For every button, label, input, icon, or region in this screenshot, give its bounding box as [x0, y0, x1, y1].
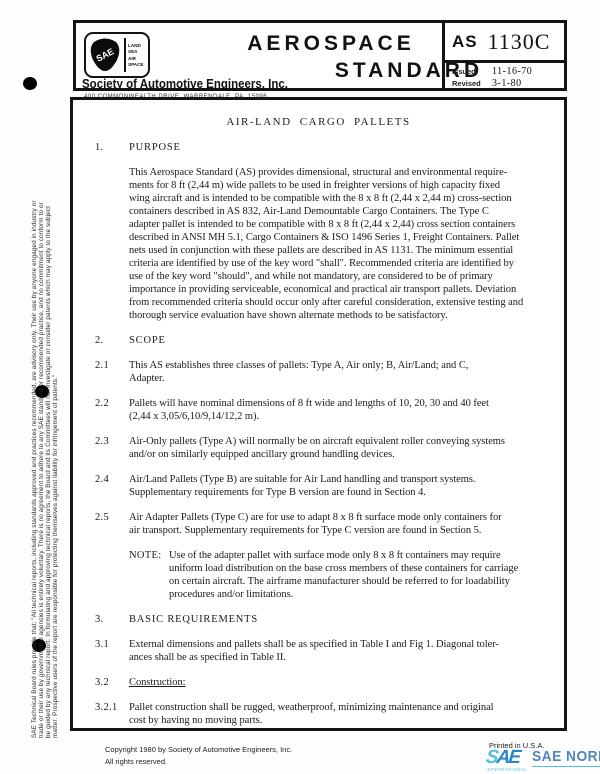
- logo-word-sea: SEA: [128, 49, 144, 54]
- document-type-line1: AEROSPACE: [226, 32, 436, 56]
- clause: 2.3 Air-Only pallets (Type A) will norma…: [95, 435, 554, 461]
- clause-text: Air Adapter Pallets (Type C) are for use…: [129, 511, 502, 537]
- clause-text: Air-Only pallets (Type A) will normally …: [129, 435, 505, 461]
- sae-norm-label: SAE NORM: [532, 749, 600, 764]
- clause-number: [95, 549, 129, 601]
- clause-number: 3.1: [95, 638, 129, 664]
- clause-text: Pallets will have nominal dimensions of …: [129, 397, 489, 423]
- doc-type-label: AS: [452, 32, 478, 52]
- margin-disclaimer-line: be guided by any technical report. In fo…: [45, 206, 52, 738]
- logo-word-space: SPACE: [128, 62, 144, 67]
- rights-line: All rights reserved.: [105, 756, 292, 768]
- clause-number: 3.2.1: [95, 701, 129, 727]
- sae-norm-rule: [532, 766, 600, 767]
- logo-word-land: LAND: [128, 43, 144, 48]
- logo-divider: [124, 38, 126, 72]
- issued-row: Issued 11-16-70: [452, 66, 557, 77]
- document-title: AIR-LAND CARGO PALLETS: [73, 116, 564, 128]
- title-block: SAE LAND SEA AIR SPACE AEROSPACE STANDAR…: [73, 20, 567, 91]
- clause-number: 3.2: [95, 676, 129, 689]
- clause-number: 2.4: [95, 473, 129, 499]
- section-number: 1.: [95, 141, 129, 154]
- section-heading: 1. PURPOSE: [95, 141, 554, 154]
- publisher-name: Society of Automotive Engineers, Inc.: [82, 77, 288, 91]
- clause-number: 2.5: [95, 511, 129, 537]
- content-frame: AIR-LAND CARGO PALLETS 1. PURPOSE This A…: [70, 97, 567, 731]
- margin-disclaimer-line: SAE Technical Board rules provide that: …: [31, 200, 38, 738]
- document-page: SAE Technical Board rules provide that: …: [0, 0, 600, 774]
- section-heading: 2. SCOPE: [95, 334, 554, 347]
- revision-dates: Issued 11-16-70 Revised 3-1-80: [445, 63, 564, 92]
- clause: 2.4 Air/Land Pallets (Type B) are suitab…: [95, 473, 554, 499]
- sae-norm-watermark: SAE INTERNATIONAL SAE NORM: [486, 749, 600, 772]
- sae-triangle-icon: SAE: [88, 37, 122, 73]
- revised-row: Revised 3-1-80: [452, 78, 557, 89]
- clause: 2.5 Air Adapter Pallets (Type C) are for…: [95, 511, 554, 537]
- note-label: NOTE:: [129, 549, 169, 601]
- paragraph-text: This Aerospace Standard (AS) provides di…: [129, 166, 523, 322]
- doc-number: 1130C: [488, 29, 551, 55]
- issued-date: 11-16-70: [492, 66, 532, 77]
- note-block: NOTE: Use of the adapter pallet with sur…: [129, 549, 518, 601]
- clause: 3.2 Construction:: [95, 676, 554, 689]
- section-number: 3.: [95, 613, 129, 626]
- revised-label: Revised: [452, 79, 492, 88]
- margin-disclaimer-line: matter. Prospective users of the report …: [52, 375, 59, 738]
- note-text: Use of the adapter pallet with surface m…: [169, 549, 518, 601]
- sae-norm-text-block: SAE NORM: [532, 749, 600, 772]
- section-title: PURPOSE: [129, 141, 181, 154]
- issued-label: Issued: [452, 67, 492, 76]
- punch-hole-mark: [23, 77, 37, 90]
- clause-text: Construction:: [129, 676, 186, 689]
- section-number: [95, 166, 129, 322]
- copyright-block: Copyright 1980 by Society of Automotive …: [105, 744, 292, 767]
- section-heading: 3. BASIC REQUIREMENTS: [95, 613, 554, 626]
- clause-number: 2.2: [95, 397, 129, 423]
- clause-text: Air/Land Pallets (Type B) are suitable f…: [129, 473, 476, 499]
- sae-logo-letters-ae: AE: [496, 747, 521, 768]
- clause-text: This AS establishes three classes of pal…: [129, 359, 468, 385]
- clause: 3.2.1 Pallet construction shall be rugge…: [95, 701, 554, 727]
- sae-logo: SAE LAND SEA AIR SPACE: [84, 32, 150, 78]
- document-body: 1. PURPOSE This Aerospace Standard (AS) …: [73, 128, 564, 727]
- section-number: 2.: [95, 334, 129, 347]
- document-number-row: AS 1130C: [445, 23, 564, 63]
- copyright-line: Copyright 1980 by Society of Automotive …: [105, 744, 292, 756]
- clause-text: Pallet construction shall be rugged, wea…: [129, 701, 494, 727]
- section-title: SCOPE: [129, 334, 166, 347]
- clause-text: External dimensions and pallets shall be…: [129, 638, 499, 664]
- clause: 2.2 Pallets will have nominal dimensions…: [95, 397, 554, 423]
- revised-date: 3-1-80: [492, 78, 522, 89]
- logo-word-air: AIR: [128, 56, 144, 61]
- clause-number: 2.3: [95, 435, 129, 461]
- document-number-box: AS 1130C Issued 11-16-70 Revised 3-1-80: [442, 23, 564, 88]
- paragraph: This Aerospace Standard (AS) provides di…: [95, 166, 554, 322]
- clause: 2.1 This AS establishes three classes of…: [95, 359, 554, 385]
- logo-words: LAND SEA AIR SPACE: [128, 43, 144, 66]
- clause: 3.1 External dimensions and pallets shal…: [95, 638, 554, 664]
- sae-logo-icon: SAE: [485, 749, 528, 766]
- section-title: BASIC REQUIREMENTS: [129, 613, 258, 626]
- clause-number: 2.1: [95, 359, 129, 385]
- sae-international-logo: SAE INTERNATIONAL: [486, 749, 527, 772]
- margin-disclaimer-line: trade or their use by governmental agenc…: [38, 202, 45, 738]
- note-clause: NOTE: Use of the adapter pallet with sur…: [95, 549, 554, 601]
